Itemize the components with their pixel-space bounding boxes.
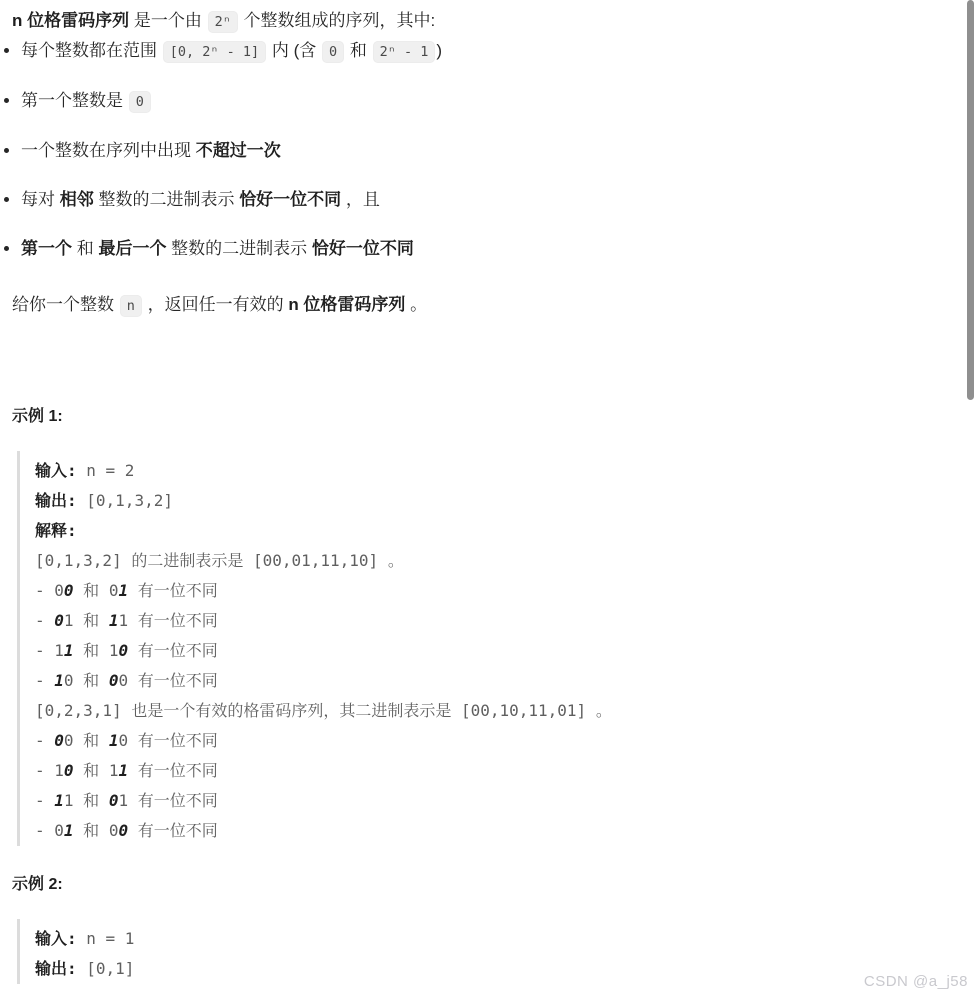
code-line: - 11 和 01 有一位不同 — [35, 786, 950, 816]
text-run: - — [35, 671, 54, 690]
text-run: n = 2 — [77, 461, 135, 480]
text-run: [0,1] — [77, 959, 135, 978]
bold-run: n 位格雷码序列 — [288, 295, 405, 314]
bold-italic-run: 1 — [64, 821, 74, 840]
text-run: [0,1,3,2] 的二进制表示是 [00,01,11,10] 。 — [35, 551, 404, 570]
bold-run: 解释: — [35, 521, 77, 540]
text-run: ，返回任一有效的 — [143, 295, 288, 314]
text-run: 1 有一位不同 — [118, 791, 217, 810]
bold-run: 恰好一位不同 — [312, 239, 414, 258]
bold-run: 相邻 — [60, 190, 94, 209]
problem-page: { "page": { "watermark": "CSDN @a_j58", … — [0, 0, 974, 996]
text-run: ，且 — [341, 190, 380, 209]
text-run: - — [35, 611, 54, 630]
text-run: - 0 — [35, 581, 64, 600]
example-code-block: 输入: n = 1输出: [0,1] — [17, 919, 950, 984]
bold-italic-run: 0 — [109, 791, 119, 810]
code-line: - 10 和 00 有一位不同 — [35, 666, 950, 696]
code-line: 解释: — [35, 516, 950, 546]
inline-code: n — [120, 295, 142, 317]
text-run: 有一位不同 — [128, 821, 218, 840]
text-run: 有一位不同 — [128, 581, 218, 600]
text-run: 整数的二进制表示 — [166, 239, 311, 258]
bold-run: 恰好一位不同 — [239, 190, 341, 209]
text-run: 和 1 — [74, 761, 119, 780]
inline-code: 2ⁿ — [208, 11, 238, 33]
bold-run: 第一个 — [21, 239, 72, 258]
text-run: 0 有一位不同 — [118, 731, 217, 750]
rules-list: 每个整数都在范围 [0, 2ⁿ - 1] 内 (含 0 和 2ⁿ - 1)第一个… — [12, 38, 950, 262]
bold-italic-run: 0 — [118, 641, 128, 660]
examples-section: 示例 1:输入: n = 2输出: [0,1,3,2]解释:[0,1,3,2] … — [12, 405, 950, 984]
text-run: 有一位不同 — [128, 761, 218, 780]
text-run: [0,2,3,1] 也是一个有效的格雷码序列，其二进制表示是 [00,10,11… — [35, 701, 612, 720]
bold-italic-run: 0 — [64, 581, 74, 600]
text-run: 每个整数都在范围 — [21, 41, 162, 60]
bold-run: n 位格雷码序列 — [12, 11, 129, 30]
bold-run: 最后一个 — [98, 239, 166, 258]
bold-italic-run: 1 — [118, 761, 128, 780]
text-run: 和 1 — [74, 641, 119, 660]
text-run: 和 0 — [74, 821, 119, 840]
bold-run: 输出: — [35, 959, 77, 978]
problem-prompt: 给你一个整数 n ，返回任一有效的 n 位格雷码序列 。 — [12, 292, 950, 319]
inline-code: 2ⁿ - 1 — [373, 41, 436, 63]
text-run: 。 — [405, 295, 427, 314]
text-run: 1 和 — [64, 791, 109, 810]
bold-italic-run: 0 — [54, 611, 64, 630]
text-run: - — [35, 791, 54, 810]
text-run: [0,1,3,2] — [77, 491, 173, 510]
text-run: 第一个整数是 — [21, 91, 128, 110]
text-run: 1 和 — [64, 611, 109, 630]
inline-code: 0 — [129, 91, 151, 113]
text-run: 有一位不同 — [128, 641, 218, 660]
text-run: - 1 — [35, 761, 64, 780]
text-run: - 1 — [35, 641, 64, 660]
code-line: - 11 和 10 有一位不同 — [35, 636, 950, 666]
example-title: 示例 1: — [12, 405, 950, 429]
text-run: 内 (含 — [267, 41, 321, 60]
code-line: [0,1,3,2] 的二进制表示是 [00,01,11,10] 。 — [35, 546, 950, 576]
code-line: 输入: n = 2 — [35, 456, 950, 486]
text-run: 和 — [72, 239, 98, 258]
code-line: - 01 和 00 有一位不同 — [35, 816, 950, 846]
bold-run: 不超过一次 — [196, 141, 281, 160]
text-run: 0 和 — [64, 671, 109, 690]
text-run: 0 有一位不同 — [118, 671, 217, 690]
bold-run: 输出: — [35, 491, 77, 510]
bold-italic-run: 1 — [54, 671, 64, 690]
text-run: - 0 — [35, 821, 64, 840]
code-line: 输出: [0,1,3,2] — [35, 486, 950, 516]
example-title: 示例 2: — [12, 873, 950, 897]
inline-code: 0 — [322, 41, 344, 63]
problem-description: n 位格雷码序列 是一个由 2ⁿ 个整数组成的序列，其中: 每个整数都在范围 [… — [0, 0, 974, 984]
bold-italic-run: 0 — [54, 731, 64, 750]
text-run: 是一个由 — [129, 11, 206, 30]
bold-italic-run: 0 — [64, 761, 74, 780]
bold-italic-run: 1 — [109, 731, 119, 750]
text-run: 个整数组成的序列，其中: — [239, 11, 435, 30]
text-run: 整数的二进制表示 — [94, 190, 239, 209]
code-line: - 10 和 11 有一位不同 — [35, 756, 950, 786]
code-line: - 01 和 11 有一位不同 — [35, 606, 950, 636]
code-line: - 00 和 10 有一位不同 — [35, 726, 950, 756]
code-line: 输入: n = 1 — [35, 924, 950, 954]
rule-item: 每对 相邻 整数的二进制表示 恰好一位不同 ，且 — [21, 187, 950, 213]
bold-italic-run: 0 — [118, 821, 128, 840]
rule-item: 第一个整数是 0 — [21, 88, 950, 115]
bold-italic-run: 1 — [54, 791, 64, 810]
bold-italic-run: 1 — [109, 611, 119, 630]
text-run: 和 0 — [74, 581, 119, 600]
inline-code: [0, 2ⁿ - 1] — [163, 41, 266, 63]
bold-run: 输入: — [35, 929, 77, 948]
rule-item: 每个整数都在范围 [0, 2ⁿ - 1] 内 (含 0 和 2ⁿ - 1) — [21, 38, 950, 65]
text-run: 给你一个整数 — [12, 295, 119, 314]
text-run: ) — [436, 41, 442, 60]
text-run: 0 和 — [64, 731, 109, 750]
bold-italic-run: 1 — [118, 581, 128, 600]
vertical-scrollbar-thumb[interactable] — [967, 0, 974, 400]
rule-item: 第一个 和 最后一个 整数的二进制表示 恰好一位不同 — [21, 236, 950, 262]
text-run: 一个整数在序列中出现 — [21, 141, 196, 160]
code-line: [0,2,3,1] 也是一个有效的格雷码序列，其二进制表示是 [00,10,11… — [35, 696, 950, 726]
example-code-block: 输入: n = 2输出: [0,1,3,2]解释:[0,1,3,2] 的二进制表… — [17, 451, 950, 846]
rule-item: 一个整数在序列中出现 不超过一次 — [21, 138, 950, 164]
bold-run: 输入: — [35, 461, 77, 480]
text-run: 每对 — [21, 190, 60, 209]
problem-intro: n 位格雷码序列 是一个由 2ⁿ 个整数组成的序列，其中: — [12, 8, 950, 35]
bold-italic-run: 1 — [64, 641, 74, 660]
code-line: - 00 和 01 有一位不同 — [35, 576, 950, 606]
bold-italic-run: 0 — [109, 671, 119, 690]
text-run: 和 — [345, 41, 371, 60]
text-run: n = 1 — [77, 929, 135, 948]
text-run: - — [35, 731, 54, 750]
csdn-watermark: CSDN @a_j58 — [864, 973, 968, 990]
code-line: 输出: [0,1] — [35, 954, 950, 984]
text-run: 1 有一位不同 — [118, 611, 217, 630]
